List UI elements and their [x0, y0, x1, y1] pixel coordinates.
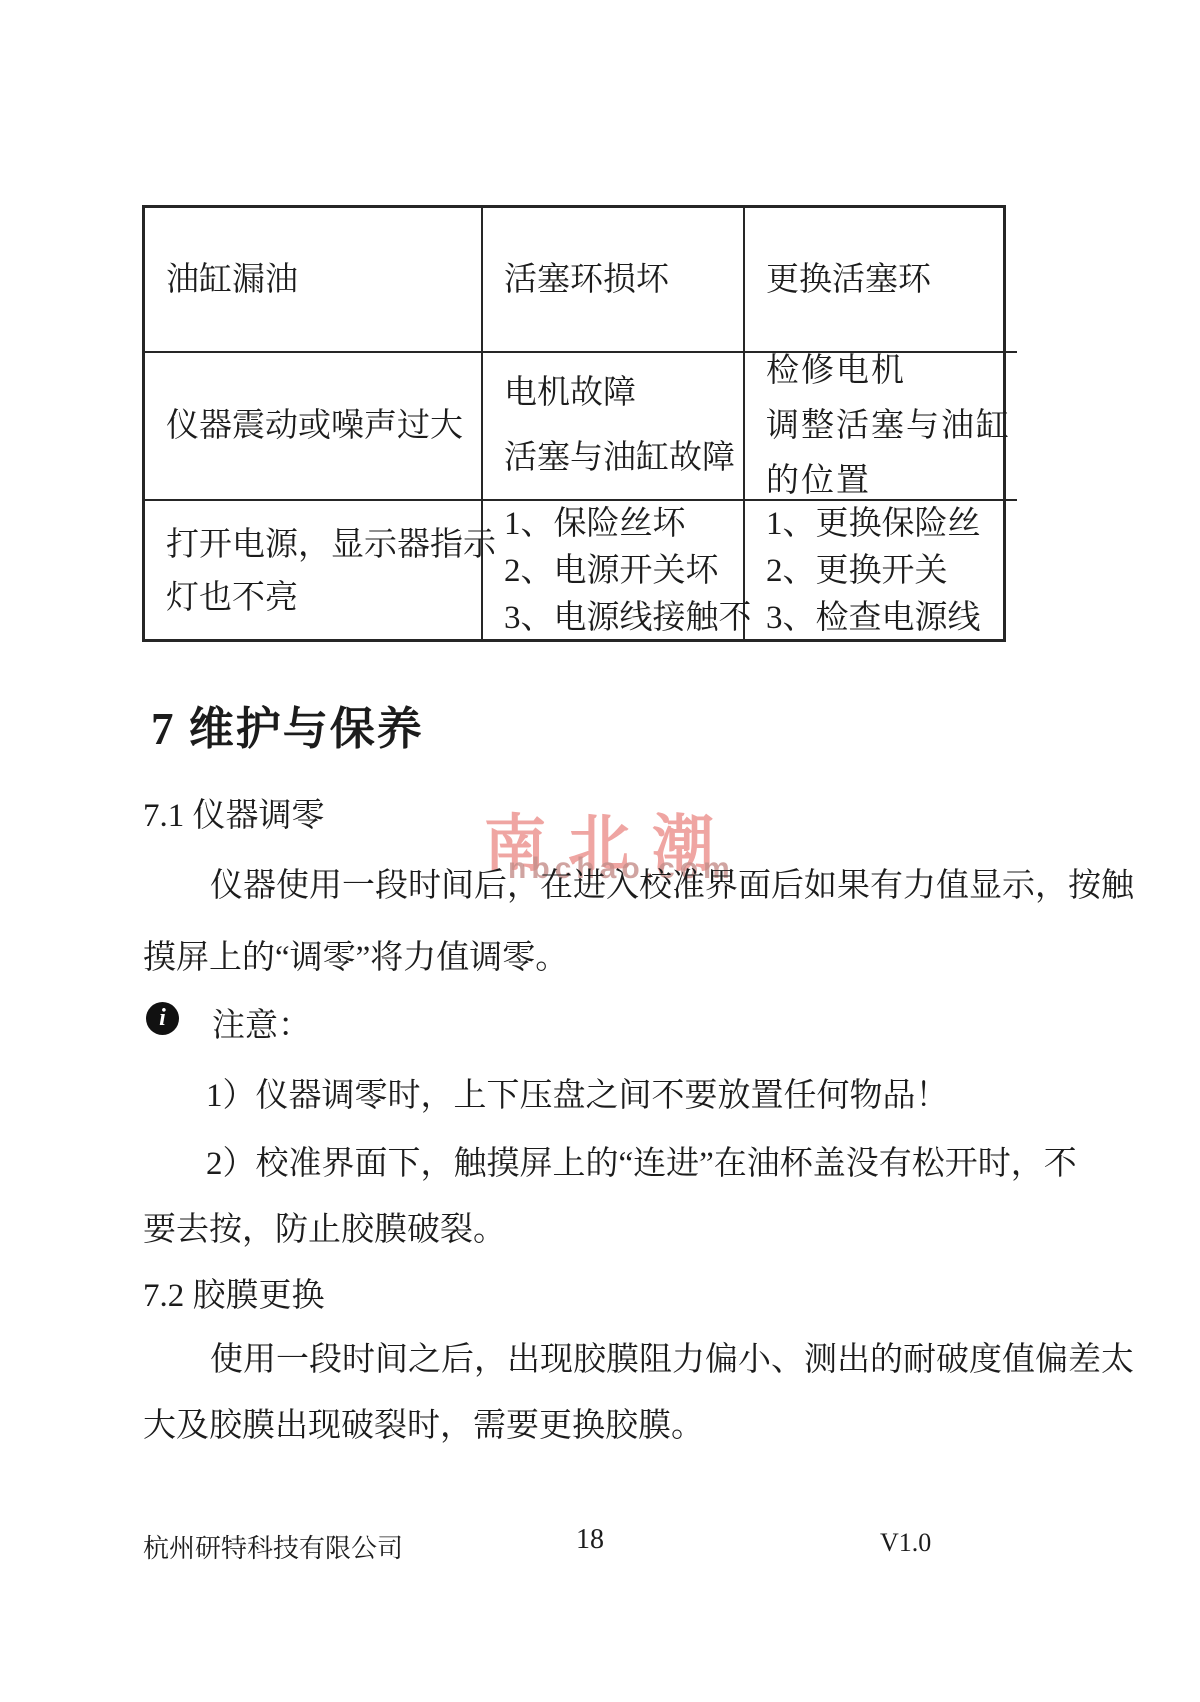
cell-line: 3、电源线接触不	[504, 595, 737, 642]
footer-version: V1.0	[880, 1528, 931, 1558]
table-cell: 1、更换保险丝 2、更换开关 3、检查电源线	[745, 501, 1017, 642]
cell-line: 2、电源开关坏	[504, 548, 737, 595]
cell-line: 打开电源，显示器指示	[166, 519, 475, 572]
chapter-heading: 7 维护与保养	[151, 703, 424, 755]
cell-line: 电机故障	[504, 361, 737, 426]
table-cell: 油缸漏油	[145, 208, 483, 353]
cell-line: 2、更换开关	[766, 548, 1011, 595]
table-cell: 仪器震动或噪声过大	[145, 353, 483, 501]
table-cell: 1、保险丝坏 2、电源开关坏 3、电源线接触不	[483, 501, 745, 642]
troubleshooting-table: 油缸漏油 活塞环损坏 更换活塞环 仪器震动或噪声过大 电机故障 活塞与油缸故障 …	[142, 205, 1006, 642]
cell-line: 3、检查电源线	[766, 595, 1011, 642]
cell-line: 1、更换保险丝	[766, 501, 1011, 548]
paragraph-line: 仪器使用一段时间后，在进入校准界面后如果有力值显示，按触	[210, 866, 1134, 906]
cell-line: 灯也不亮	[166, 572, 475, 625]
cell-line: 仪器震动或噪声过大	[166, 402, 475, 450]
table-cell: 活塞环损坏	[483, 208, 745, 353]
document-page: 南北潮 nbchao.com 油缸漏油 活塞环损坏 更换活塞环 仪器震动或噪声过…	[0, 0, 1200, 1702]
note-line: 要去按，防止胶膜破裂。	[143, 1210, 506, 1250]
paragraph-line: 大及胶膜出现破裂时，需要更换胶膜。	[143, 1406, 704, 1446]
section-subheading-7-1: 7.1 仪器调零	[143, 796, 325, 836]
paragraph-line: 摸屏上的“调零”将力值调零。	[143, 938, 568, 978]
cell-line: 调整活塞与油缸	[766, 399, 1011, 454]
note-label: 注意：	[212, 1006, 311, 1046]
table-cell: 检修电机 调整活塞与油缸 的位置	[745, 353, 1017, 501]
info-icon: i	[146, 1002, 179, 1035]
cell-line: 油缸漏油	[166, 258, 475, 302]
footer-company: 杭州研特科技有限公司	[143, 1528, 403, 1565]
section-subheading-7-2: 7.2 胶膜更换	[143, 1276, 325, 1316]
note-line: 1）仪器调零时，上下压盘之间不要放置任何物品！	[206, 1076, 949, 1116]
footer-page-number: 18	[576, 1524, 604, 1556]
note-line: 2）校准界面下，触摸屏上的“连进”在油杯盖没有松开时，不	[206, 1144, 1077, 1184]
paragraph-line: 使用一段时间之后，出现胶膜阻力偏小、测出的耐破度值偏差太	[210, 1340, 1134, 1380]
cell-line: 1、保险丝坏	[504, 501, 737, 548]
table-cell: 打开电源，显示器指示 灯也不亮	[145, 501, 483, 642]
table-cell: 电机故障 活塞与油缸故障	[483, 353, 745, 501]
cell-line: 活塞与油缸故障	[504, 426, 737, 491]
cell-line: 活塞环损坏	[504, 258, 737, 302]
table-cell: 更换活塞环	[745, 208, 1017, 353]
cell-line: 检修电机	[766, 344, 1011, 399]
cell-line: 更换活塞环	[766, 258, 1011, 302]
